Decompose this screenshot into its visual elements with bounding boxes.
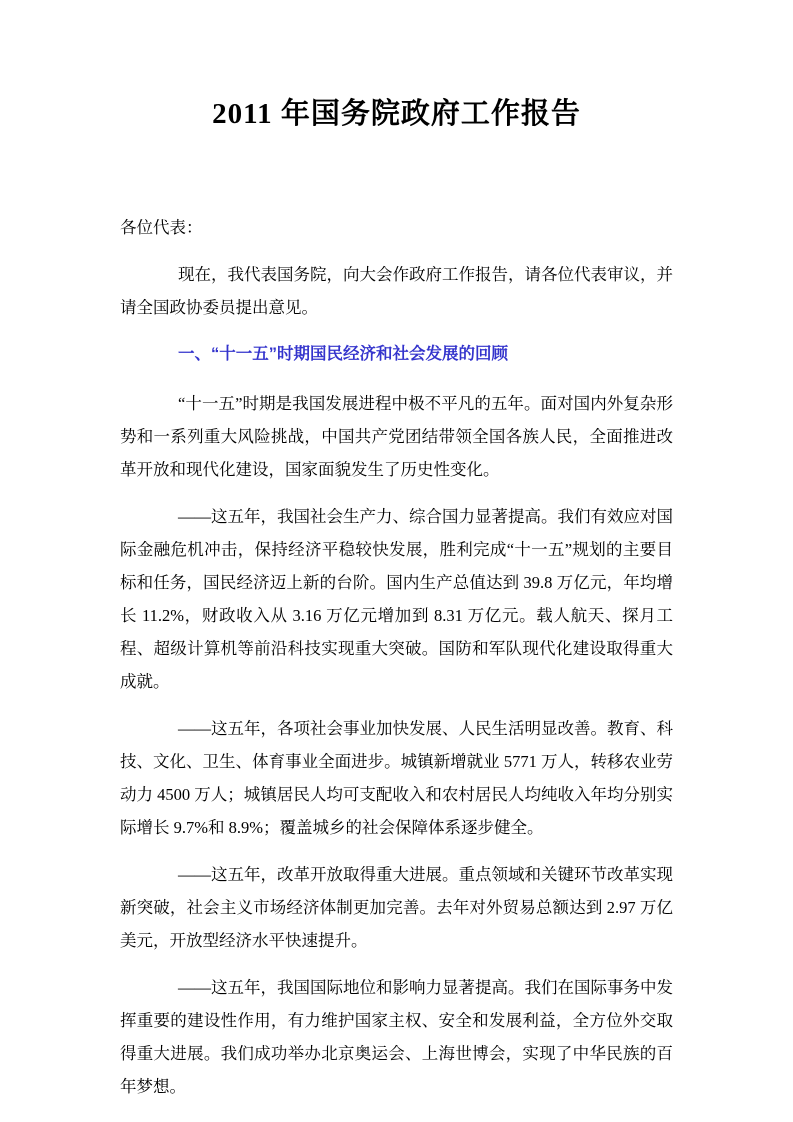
document-page: 2011 年国务院政府工作报告 各位代表： 现在，我代表国务院，向大会作政府工作…: [0, 0, 793, 1122]
intro-paragraph: 现在，我代表国务院，向大会作政府工作报告，请各位代表审议，并请全国政协委员提出意…: [120, 258, 673, 324]
paragraph-overview: “十一五”时期是我国发展进程中极不平凡的五年。面对国内外复杂形势和一系列重大风险…: [120, 387, 673, 486]
section-heading: 一、“十一五”时期国民经济和社会发展的回顾: [120, 338, 673, 371]
salutation: 各位代表：: [120, 211, 673, 244]
paragraph-economy: ——这五年，我国社会生产力、综合国力显著提高。我们有效应对国际金融危机冲击，保持…: [120, 500, 673, 698]
paragraph-social-progress: ——这五年，各项社会事业加快发展、人民生活明显改善。教育、科技、文化、卫生、体育…: [120, 712, 673, 844]
document-title: 2011 年国务院政府工作报告: [120, 97, 673, 131]
paragraph-international-status: ——这五年，我国国际地位和影响力显著提高。我们在国际事务中发挥重要的建设性作用，…: [120, 971, 673, 1103]
paragraph-reform-opening: ——这五年，改革开放取得重大进展。重点领域和关键环节改革实现新突破，社会主义市场…: [120, 858, 673, 957]
